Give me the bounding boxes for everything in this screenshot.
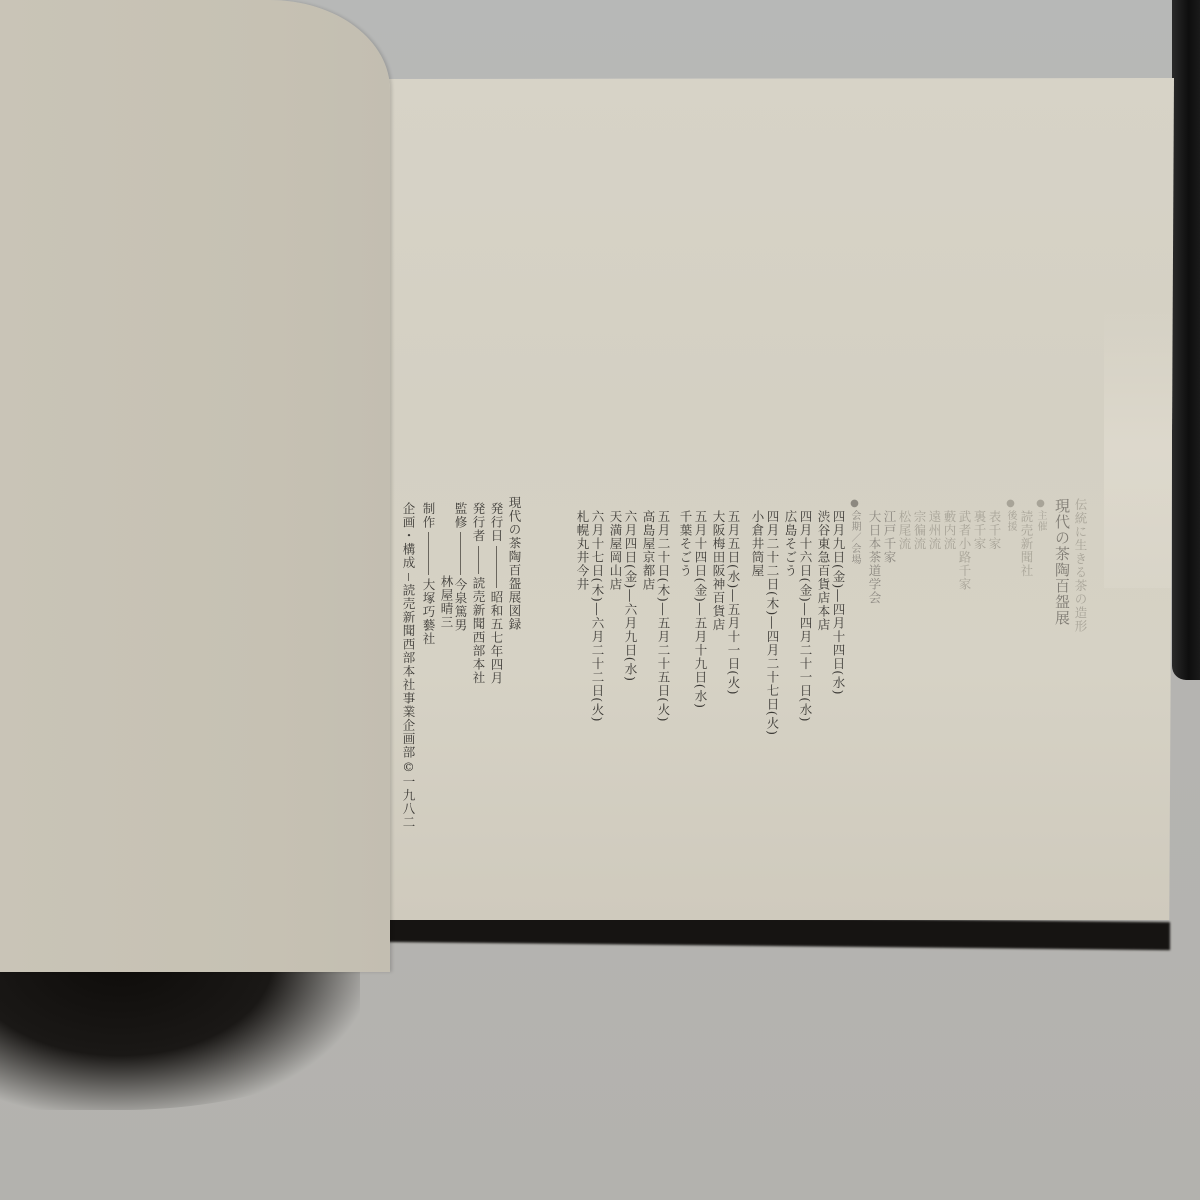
right-page-text: 伝統に生きる茶の造形 現代の茶陶百盌展 主催 読売新聞社 後援 表千家 裏千家 … bbox=[384, 490, 1174, 910]
catalog-title: 現代の茶陶百盌展図録 bbox=[506, 496, 522, 631]
publisher: 読売新聞西部本社 bbox=[471, 577, 486, 685]
sponsor-item: 遠州流 bbox=[926, 510, 942, 551]
leader-line bbox=[460, 532, 461, 575]
schedule-venue: 小倉井筒屋 bbox=[749, 510, 765, 578]
planning-label: 企画・構成 bbox=[401, 502, 416, 570]
bullet-icon bbox=[849, 498, 860, 510]
issue-date-label: 発行日 bbox=[489, 502, 504, 543]
organizer: 読売新聞社 bbox=[1018, 510, 1034, 578]
schedule-dates: 五月五日(水)―五月十一日(火) bbox=[725, 510, 741, 696]
schedule-venue: 大阪梅田阪神百貨店 bbox=[710, 510, 726, 632]
schedule-venue: 札幌丸井今井 bbox=[574, 510, 590, 591]
sponsor-item: 表千家 bbox=[986, 510, 1002, 551]
leader-line bbox=[478, 546, 479, 574]
leader-line bbox=[428, 532, 429, 575]
schedule-dates: 五月十四日(金)―五月十九日(水) bbox=[692, 510, 708, 709]
sponsor-item: 江戸千家 bbox=[881, 510, 897, 564]
sponsor-item: 藪内流 bbox=[941, 510, 957, 551]
schedule-dates: 六月十七日(木)―六月二十二日(火) bbox=[589, 510, 605, 723]
bullet-icon bbox=[1005, 498, 1016, 510]
publisher-label: 発行者 bbox=[471, 502, 486, 543]
schedule-venue: 高島屋京都店 bbox=[640, 510, 656, 591]
schedule-dates: 四月二十二日(木)―四月二十七日(火) bbox=[764, 510, 780, 736]
sponsors-heading: 後援 bbox=[1002, 498, 1018, 532]
left-page-blank bbox=[0, 0, 390, 972]
schedule-heading: 会期／会場 bbox=[846, 498, 862, 565]
schedule-dates: 四月九日(金)―四月十四日(水) bbox=[830, 510, 846, 696]
schedule-dates: 五月二十日(木)―五月二十五日(火) bbox=[655, 510, 671, 723]
planning: 読売新聞西部本社事業企画部©一九八二 bbox=[401, 584, 416, 830]
schedule-venue: 天満屋岡山店 bbox=[607, 510, 623, 591]
sponsor-item: 大日本茶道学会 bbox=[866, 510, 882, 605]
production-label: 制作 bbox=[421, 502, 436, 529]
organizer-heading: 主催 bbox=[1032, 498, 1048, 532]
sponsor-item: 裏千家 bbox=[971, 510, 987, 551]
schedule-dates: 四月十六日(金)―四月二十一日(水) bbox=[797, 510, 813, 723]
production-row: 制作大塚巧藝社 bbox=[420, 502, 436, 646]
schedule-venue: 渋谷東急百貨店本店 bbox=[815, 510, 831, 632]
schedule-venue: 広島そごう bbox=[782, 510, 798, 578]
supervisor: 今泉篤男 bbox=[453, 578, 468, 632]
production: 大塚巧藝社 bbox=[421, 578, 436, 646]
supervisor: 林屋晴三 bbox=[438, 575, 454, 629]
issue-date: 昭和五七年四月 bbox=[489, 591, 504, 686]
subtitle: 伝統に生きる茶の造形 bbox=[1072, 498, 1088, 633]
sponsor-item: 松尾流 bbox=[896, 510, 912, 551]
schedule-dates: 六月四日(金)―六月九日(水) bbox=[622, 510, 638, 682]
leader-line bbox=[496, 546, 497, 588]
schedule-venue: 千葉そごう bbox=[677, 510, 693, 578]
leader-line bbox=[408, 573, 409, 581]
sponsor-item: 武者小路千家 bbox=[956, 510, 972, 591]
publisher-row: 発行者読売新聞西部本社 bbox=[470, 502, 486, 685]
planning-row: 企画・構成読売新聞西部本社事業企画部©一九八二 bbox=[400, 502, 416, 829]
issue-date-row: 発行日昭和五七年四月 bbox=[488, 502, 504, 685]
supervision-row: 監修今泉篤男 bbox=[452, 502, 468, 632]
exhibition-title: 現代の茶陶百盌展 bbox=[1054, 498, 1070, 626]
sponsor-item: 宗徧流 bbox=[911, 510, 927, 551]
supervision-label: 監修 bbox=[453, 502, 468, 529]
dark-object-edge bbox=[1172, 0, 1200, 680]
bullet-icon bbox=[1035, 498, 1046, 510]
